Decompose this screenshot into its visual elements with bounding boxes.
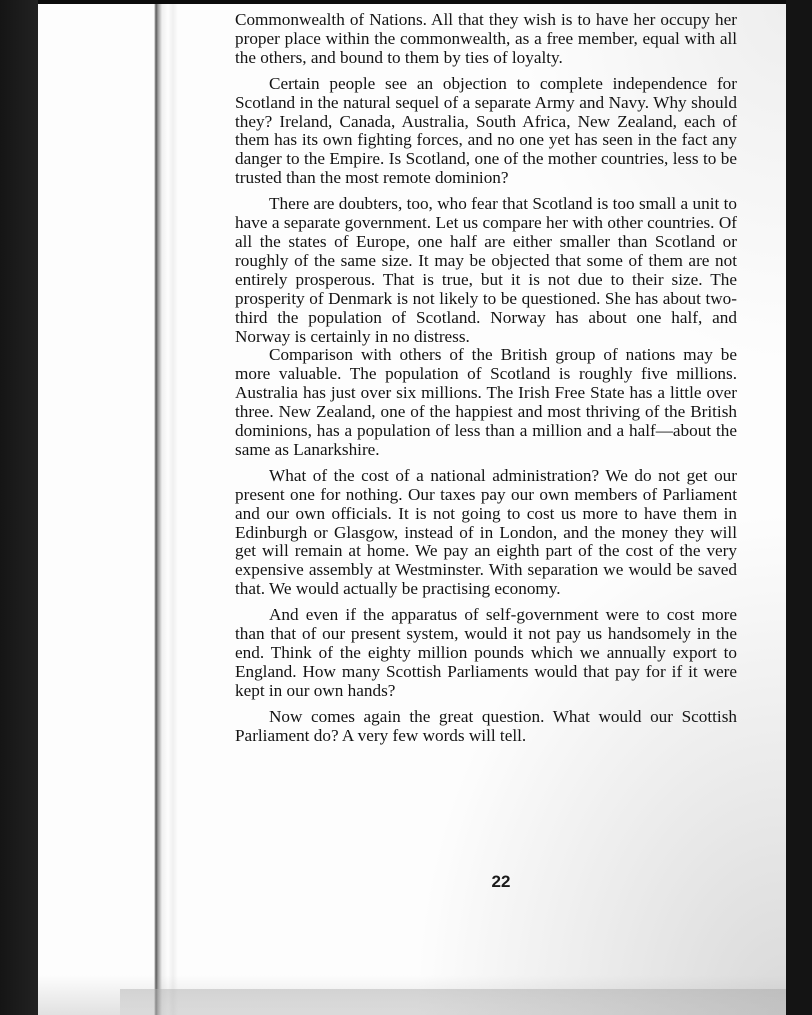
paragraph-small-unit: There are doubters, too, who fear that S… [235,195,737,346]
paragraph-self-government: And even if the apparatus of self-govern… [235,606,737,701]
book-binding-gutter [118,4,198,1015]
page-number: 22 [0,872,812,892]
paragraph-british-comparison: Comparison with others of the British gr… [235,346,737,459]
body-text: Commonwealth of Nations. All that they w… [235,11,737,746]
paragraph-cost: What of the cost of a national administr… [235,467,737,599]
paragraph-continued: Commonwealth of Nations. All that they w… [235,11,737,68]
page-bottom-edge [120,989,786,1015]
paragraph-army-navy: Certain people see an objection to compl… [235,75,737,188]
paragraph-great-question: Now comes again the great question. What… [235,708,737,746]
scan-left-margin [0,0,38,1015]
scan-right-margin [786,0,812,1015]
